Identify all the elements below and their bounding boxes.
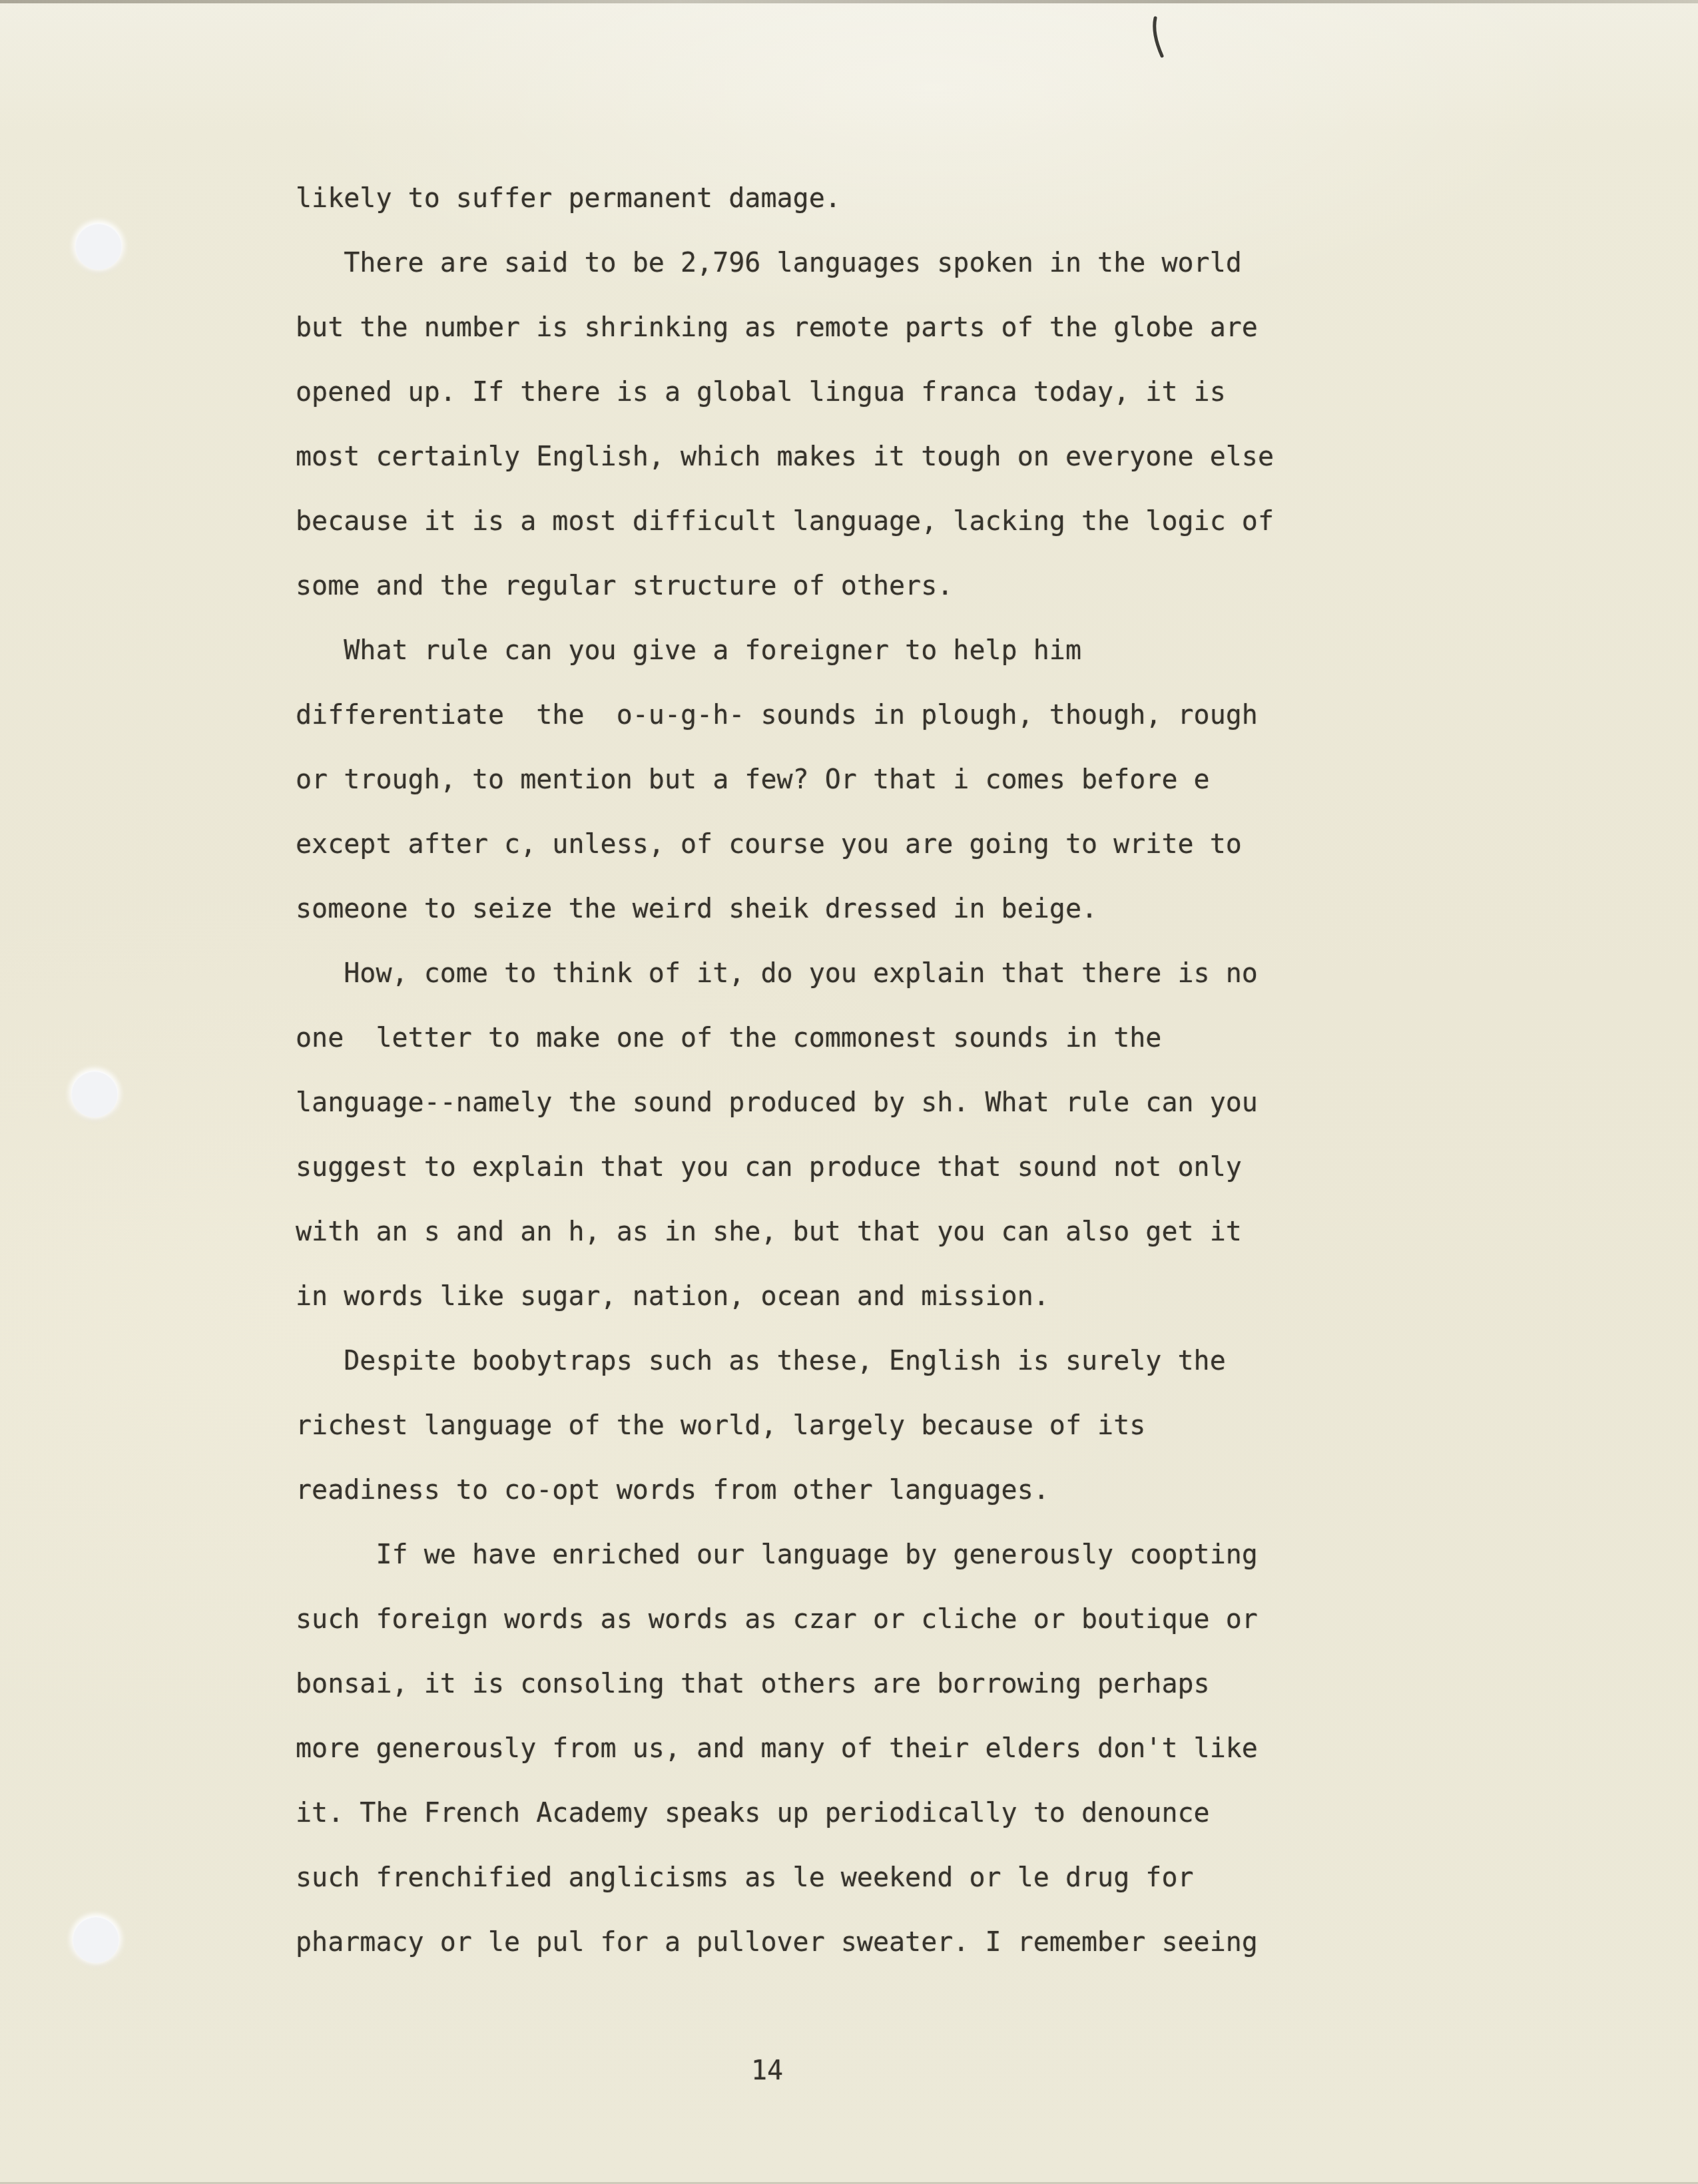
hole-punch [73, 1916, 119, 1963]
scan-top-edge [0, 0, 1698, 3]
typewritten-text: likely to suffer permanent damage. There… [296, 166, 1274, 1975]
page-number: 14 [751, 2039, 783, 2103]
hole-punch [75, 223, 122, 270]
document-page: likely to suffer permanent damage. There… [0, 0, 1698, 2184]
ink-stroke-mark [1147, 15, 1173, 61]
hole-punch [71, 1071, 118, 1117]
